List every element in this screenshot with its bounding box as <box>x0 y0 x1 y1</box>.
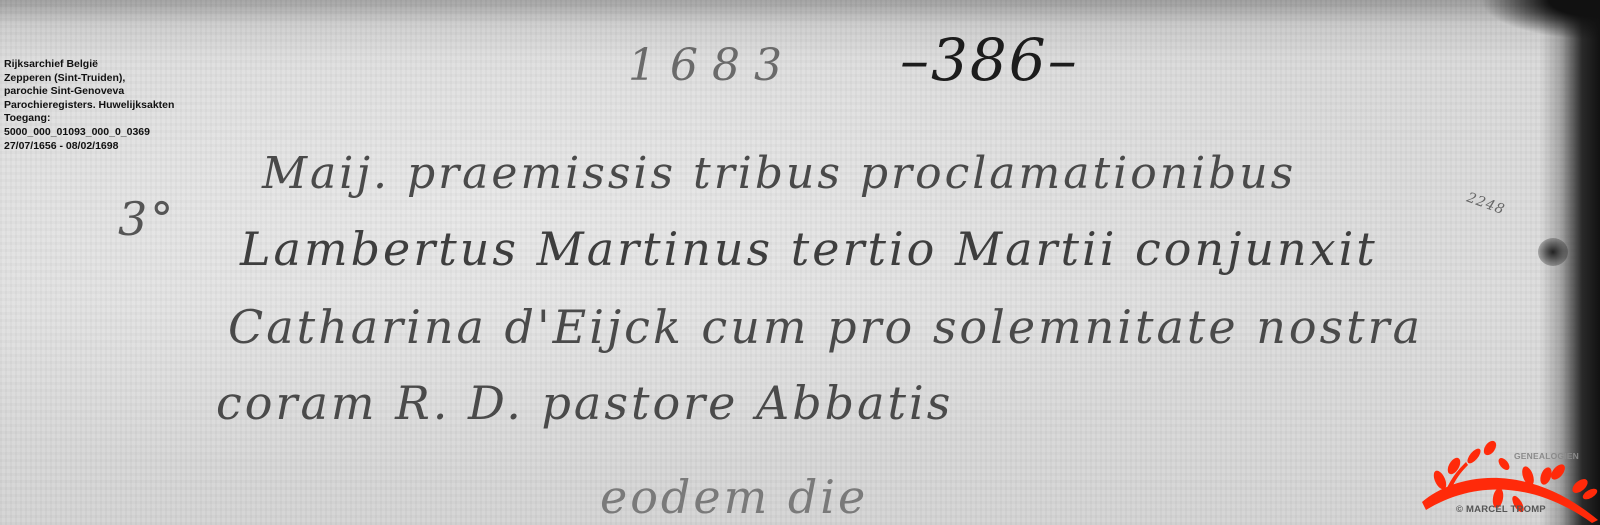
folio-number: –386– <box>900 26 1079 94</box>
entry-number: 3° <box>118 192 176 246</box>
watermark-copyright: © MARCEL TROMP <box>1456 504 1546 515</box>
caption-place: Zepperen (Sint-Truiden), <box>4 72 174 86</box>
caption-series: Parochieregisters. Huwelijksakten <box>4 99 174 113</box>
ink-stain <box>1538 238 1568 266</box>
caption-archive: Rijksarchief België <box>4 58 174 72</box>
handwritten-line-4: coram R. D. pastore Abbatis <box>216 376 953 430</box>
archive-caption: Rijksarchief België Zepperen (Sint-Truid… <box>4 58 174 153</box>
page-corner-shadow <box>1480 0 1600 40</box>
handwritten-line-1: Maij. praemissis tribus proclamationibus <box>262 148 1296 199</box>
year-heading: 1683 <box>628 40 796 91</box>
handwritten-line-2: Lambertus Martinus tertio Martii conjunx… <box>240 222 1378 276</box>
document-scan: Rijksarchief België Zepperen (Sint-Truid… <box>0 0 1600 525</box>
caption-access-label: Toegang: <box>4 112 174 126</box>
edge-annotation: 2248 <box>1464 190 1507 219</box>
caption-date-range: 27/07/1656 - 08/02/1698 <box>4 140 174 154</box>
watermark-top-text: GENEALOGIEN <box>1514 451 1579 461</box>
caption-access-code: 5000_000_01093_000_0_0369 <box>4 126 174 140</box>
caption-parish: parochie Sint-Genoveva <box>4 85 174 99</box>
handwritten-line-5: eodem die <box>600 470 868 524</box>
handwritten-line-3: Catharina d'Eijck cum pro solemnitate no… <box>228 300 1423 354</box>
